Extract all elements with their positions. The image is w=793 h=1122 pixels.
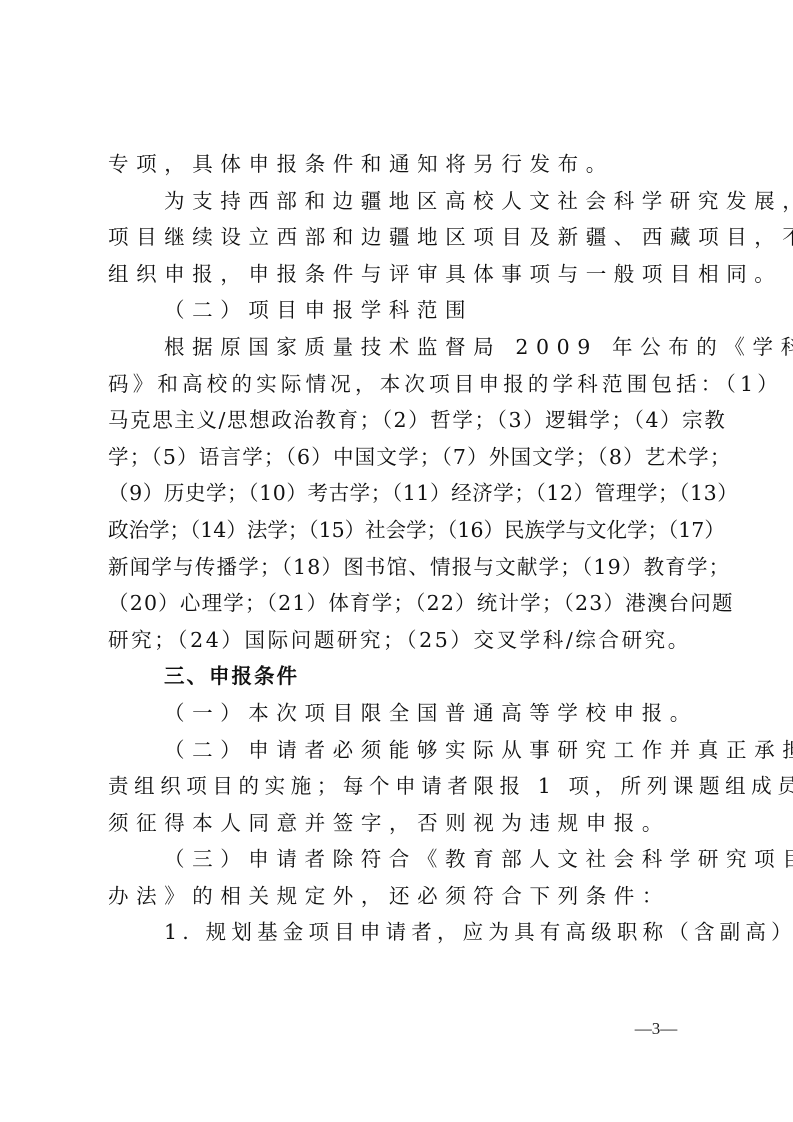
paragraph-line: 政治学；（14）法学；（15）社会学；（16）民族学与文化学；（17） <box>108 512 684 549</box>
paragraph-line: 码》和高校的实际情况，本次项目申报的学科范围包括：（1） <box>108 366 684 403</box>
paragraph-line: （20）心理学；（21）体育学；（22）统计学；（23）港澳台问题 <box>108 585 684 622</box>
paragraph-line: 须征得本人同意并签字，否则视为违规申报。 <box>108 805 684 842</box>
paragraph-line: 责组织项目的实施；每个申请者限报 1 项，所列课题组成员必 <box>108 768 684 805</box>
paragraph-line: 组织申报，申报条件与评审具体事项与一般项目相同。 <box>108 256 684 293</box>
page-number: —3— <box>626 1019 686 1039</box>
paragraph-line: 项目继续设立西部和边疆地区项目及新疆、西藏项目，不单独 <box>108 219 684 256</box>
paragraph-line: 办法》的相关规定外，还必须符合下列条件： <box>108 878 684 915</box>
paragraph-line: 专项，具体申报条件和通知将另行发布。 <box>108 146 684 183</box>
document-page: 专项，具体申报条件和通知将另行发布。 为支持西部和边疆地区高校人文社会科学研究发… <box>0 0 793 1122</box>
paragraph-line: 研究；（24）国际问题研究；（25）交叉学科/综合研究。 <box>108 622 684 659</box>
paragraph-line: 马克思主义/思想政治教育；（2）哲学；（3）逻辑学；（4）宗教 <box>108 402 684 439</box>
paragraph-line: （9）历史学；（10）考古学；（11）经济学；（12）管理学；（13） <box>108 475 684 512</box>
document-body: 专项，具体申报条件和通知将另行发布。 为支持西部和边疆地区高校人文社会科学研究发… <box>108 146 684 951</box>
paragraph-line: 1. 规划基金项目申请者，应为具有高级职称（含副高）的 <box>108 914 684 951</box>
paragraph-line: （二）申请者必须能够实际从事研究工作并真正承担和负 <box>108 732 684 769</box>
paragraph-line: 根据原国家质量技术监督局 2009 年公布的《学科分类与代 <box>108 329 684 366</box>
paragraph-line: （三）申请者除符合《教育部人文社会科学研究项目管理 <box>108 841 684 878</box>
paragraph-line: 学；（5）语言学；（6）中国文学；（7）外国文学；（8）艺术学； <box>108 439 684 476</box>
paragraph-line: （一）本次项目限全国普通高等学校申报。 <box>108 695 684 732</box>
paragraph-line: 为支持西部和边疆地区高校人文社会科学研究发展，本次 <box>108 183 684 220</box>
subsection-heading: （二）项目申报学科范围 <box>108 292 684 329</box>
paragraph-line: 新闻学与传播学；（18）图书馆、情报与文献学；（19）教育学； <box>108 549 684 586</box>
section-heading: 三、申报条件 <box>108 658 684 695</box>
